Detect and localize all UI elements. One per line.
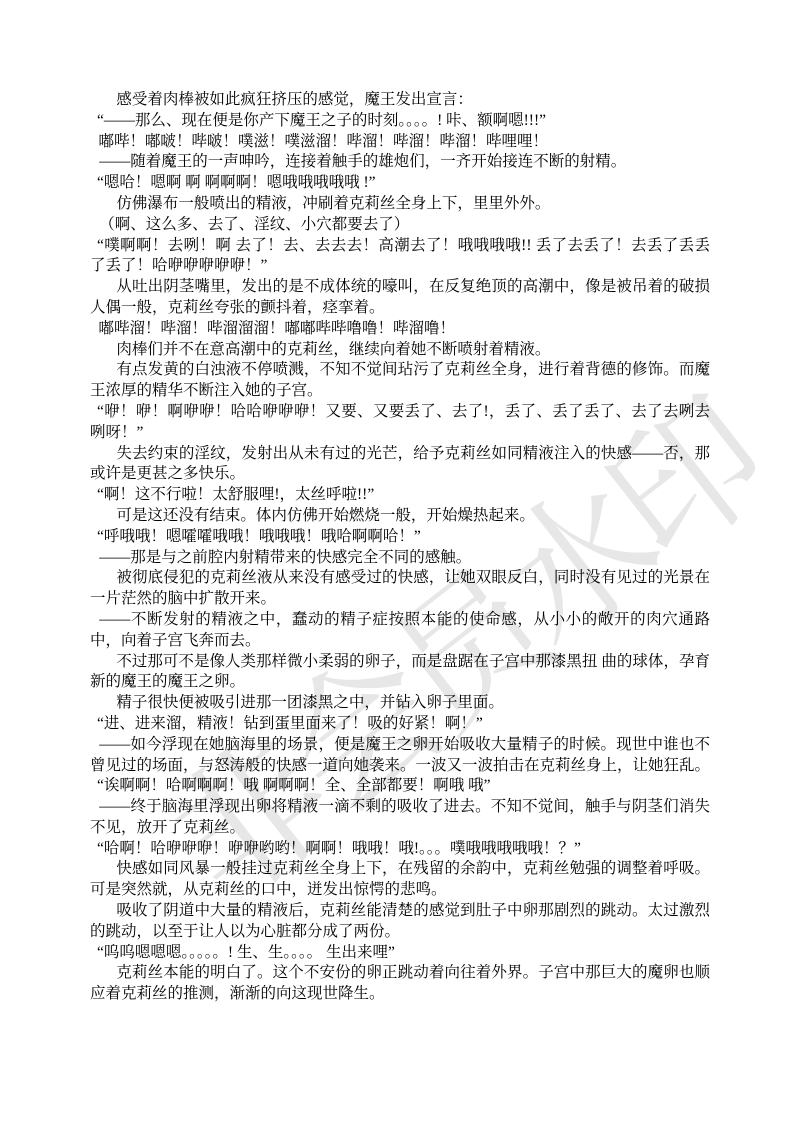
document-body: 感受着肉棒被如此疯狂挤压的感觉，魔王发出宣言： “——那么、现在便是你产下魔王之…: [90, 90, 710, 1005]
paragraph: 被彻底侵犯的克莉丝液从来没有感受过的快感，让她双眼反白，同时没有见过的光景在一片…: [90, 568, 710, 610]
paragraph: 可是这还没有结束。体内仿佛开始燃烧一般，开始燥热起来。: [90, 506, 710, 527]
paragraph: “哈啊！哈咿咿咿！咿咿哟哟！啊啊！哦哦！哦!。。。噗哦哦哦哦哦！？”: [90, 839, 710, 860]
paragraph: 感受着肉棒被如此疯狂挤压的感觉，魔王发出宣言：: [90, 90, 710, 111]
paragraph: ——随着魔王的一声呻吟，连接着触手的雄炮们，一齐开始接连不断的射精。: [90, 152, 710, 173]
paragraph: 不过那可不是像人类那样微小柔弱的卵子，而是盘踞在子宫中那漆黑扭 曲的球体，孕育新…: [90, 652, 710, 694]
paragraph: “咿！咿！啊咿咿！哈哈咿咿咿！又要、又要丢了、去了!，丢了、丢了丢了、去了去咧去…: [90, 402, 710, 444]
paragraph: ——终于脑海里浮现出卵将精液一滴不剩的吸收了进去。不知不觉间，触手与阴茎们消失不…: [90, 797, 710, 839]
paragraph: “进、进来溜，精液！钻到蛋里面来了！吸的好紧！啊！”: [90, 714, 710, 735]
paragraph: ——那是与之前腔内射精带来的快感完全不同的感触。: [90, 548, 710, 569]
paragraph: 嘟哔！嘟啵！哔啵！噗滋！噗滋溜！哔溜！哔溜！哔溜！哔哩哩！: [90, 132, 710, 153]
paragraph: 嘟哔溜！哔溜！哔溜溜溜！嘟嘟哔哔噜噜！哔溜噜！: [90, 319, 710, 340]
paragraph: 从吐出阴茎嘴里，发出的是不成体统的嚎叫，在反复绝顶的高潮中，像是被吊着的破损人偶…: [90, 277, 710, 319]
paragraph: 克莉丝本能的明白了。这个不安份的卵正跳动着向往着外界。子宫中那巨大的魔卵也顺应着…: [90, 963, 710, 1005]
paragraph: 失去约束的淫纹，发射出从未有过的光芒，给予克莉丝如同精液注入的快感——否，那或许…: [90, 444, 710, 486]
paragraph: “诶啊啊！哈啊啊啊！哦 啊啊啊！全、全部都要！啊哦 哦”: [90, 776, 710, 797]
paragraph: “——那么、现在便是你产下魔王之子的时刻。。。。! 咔、额啊嗯!!!”: [90, 111, 710, 132]
paragraph: （啊、这么多、去了、淫纹、小穴都要去了）: [90, 215, 710, 236]
paragraph: 有点发黄的白浊液不停喷溅，不知不觉间玷污了克莉丝全身，进行着背德的修饰。而魔王浓…: [90, 360, 710, 402]
paragraph: “啊！这不行啦！太舒服哩!，太丝呼啦!!”: [90, 485, 710, 506]
paragraph: 精子很快便被吸引进那一团漆黑之中，并钻入卵子里面。: [90, 693, 710, 714]
paragraph: 快感如同风暴一般挂过克莉丝全身上下，在残留的余韵中，克莉丝勉强的调整着呼吸。可是…: [90, 859, 710, 901]
paragraph: “嗯哈！嗯啊 啊 啊啊啊！嗯哦哦哦哦哦 !”: [90, 173, 710, 194]
document-page: 非会员水印 感受着肉棒被如此疯狂挤压的感觉，魔王发出宣言： “——那么、现在便是…: [0, 0, 793, 1122]
paragraph: “呜呜嗯嗯嗯。。。。。! 生、生。。。。 生出来哩”: [90, 943, 710, 964]
paragraph: 肉棒们并不在意高潮中的克莉丝，继续向着她不断喷射着精液。: [90, 340, 710, 361]
paragraph: “呼哦哦！嗯嚯嚯哦哦！哦哦哦！哦哈啊啊哈！”: [90, 527, 710, 548]
paragraph: ——如今浮现在她脑海里的场景，便是魔王之卵开始吸收大量精子的时候。现世中谁也不曾…: [90, 735, 710, 777]
paragraph: 吸收了阴道中大量的精液后，克莉丝能清楚的感觉到肚子中卵那剧烈的跳动。太过激烈的跳…: [90, 901, 710, 943]
paragraph: ——不断发射的精液之中，蠢动的精子症按照本能的使命感，从小小的敞开的肉穴通路中，…: [90, 610, 710, 652]
paragraph: 仿佛瀑布一般喷出的精液，冲刷着克莉丝全身上下，里里外外。: [90, 194, 710, 215]
paragraph: “噗啊啊！去咧！啊 去了！去、去去去！高潮去了！哦哦哦哦!! 丢了去丢了！去丢了…: [90, 236, 710, 278]
